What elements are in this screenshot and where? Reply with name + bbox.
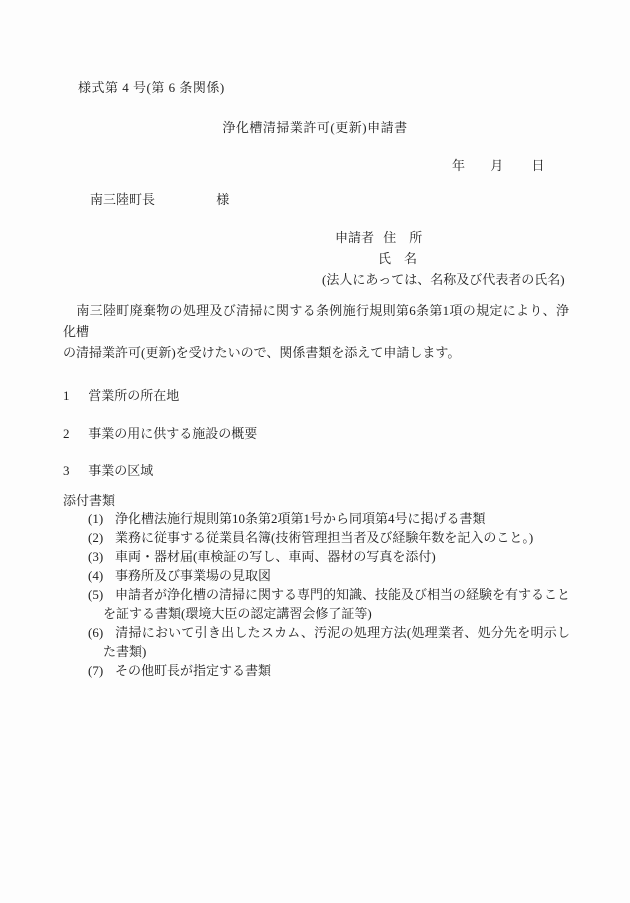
attachment-item-text: 業務に従事する従業員名簿(技術管理担当者及び経験年数を記入のこと。): [115, 530, 533, 545]
section-item-business-office: 1 営業所の所在地: [63, 385, 179, 404]
date-day-label: 日: [532, 158, 545, 173]
attachment-item-text: 車両・器材届(車検証の写し、車両、器材の写真を添付): [115, 549, 436, 564]
date-line: 年 月 日: [452, 155, 545, 174]
attachment-item-number: (3): [88, 547, 115, 566]
form-number: 様式第 4 号(第 6 条関係): [78, 77, 225, 96]
applicant-address-label: 住 所: [383, 230, 422, 245]
section-number: 1: [63, 388, 71, 404]
applicant-address-line: 申請者 住 所: [335, 227, 422, 246]
attachment-item: (7)その他町長が指定する書類: [88, 661, 570, 680]
application-body-paragraph: 南三陸町廃棄物の処理及び清掃に関する条例施行規則第6条第1項の規定により、浄化槽…: [63, 300, 569, 363]
attachment-item-number: (1): [88, 509, 115, 528]
section-item-facility-overview: 2 事業の用に供する施設の概要: [63, 423, 257, 442]
applicant-label: 申請者: [335, 230, 374, 245]
date-year-label: 年: [452, 158, 465, 173]
attachment-item: (1)浄化槽法施行規則第10条第2項第1号から同項第4号に掲げる書類: [88, 509, 570, 528]
section-item-business-area: 3 事業の区域: [63, 460, 153, 479]
addressee-name: 南三陸町長: [90, 192, 155, 207]
attachment-item-number: (2): [88, 528, 115, 547]
attachment-item: (6)清掃において引き出したスカム、汚泥の処理方法(処理業者、処分先を明示した書…: [88, 623, 570, 661]
corporation-note: (法人にあっては、名称及び代表者の氏名): [322, 269, 565, 288]
attachment-item-number: (5): [88, 585, 115, 604]
date-month-label: 月: [490, 158, 503, 173]
attachment-item-text: 清掃において引き出したスカム、汚泥の処理方法(処理業者、処分先を明示した書類): [103, 625, 570, 659]
attachment-item-text: 申請者が浄化槽の清掃に関する専門的知識、技能及び相当の経験を有することを証する書…: [103, 587, 570, 621]
attachment-item-number: (6): [88, 623, 115, 642]
attachment-item-text: 事務所及び事業場の見取図: [115, 568, 271, 583]
attachment-item: (5)申請者が浄化槽の清掃に関する専門的知識、技能及び相当の経験を有することを証…: [88, 585, 570, 623]
section-label: 営業所の所在地: [88, 388, 179, 403]
applicant-name-label: 氏 名: [378, 248, 417, 267]
attachment-item-text: 浄化槽法施行規則第10条第2項第1号から同項第4号に掲げる書類: [115, 511, 486, 526]
section-label: 事業の区域: [88, 463, 153, 478]
section-label: 事業の用に供する施設の概要: [88, 426, 257, 441]
addressee-line: 南三陸町長 様: [90, 189, 229, 208]
attachment-item-number: (7): [88, 661, 115, 680]
attachment-item: (4)事務所及び事業場の見取図: [88, 566, 570, 585]
attachment-item-text: その他町長が指定する書類: [115, 663, 271, 678]
attachments-list: (1)浄化槽法施行規則第10条第2項第1号から同項第4号に掲げる書類 (2)業務…: [88, 509, 570, 680]
document-title: 浄化槽清掃業許可(更新)申請書: [0, 117, 630, 136]
section-number: 3: [63, 463, 71, 479]
addressee-honorific: 様: [216, 192, 229, 207]
attachments-heading: 添付書類: [63, 490, 115, 509]
section-number: 2: [63, 426, 71, 442]
attachment-item-number: (4): [88, 566, 115, 585]
attachment-item: (2)業務に従事する従業員名簿(技術管理担当者及び経験年数を記入のこと。): [88, 528, 570, 547]
attachment-item: (3)車両・器材届(車検証の写し、車両、器材の写真を添付): [88, 547, 570, 566]
document-page: 様式第 4 号(第 6 条関係) 浄化槽清掃業許可(更新)申請書 年 月 日 南…: [0, 0, 630, 903]
